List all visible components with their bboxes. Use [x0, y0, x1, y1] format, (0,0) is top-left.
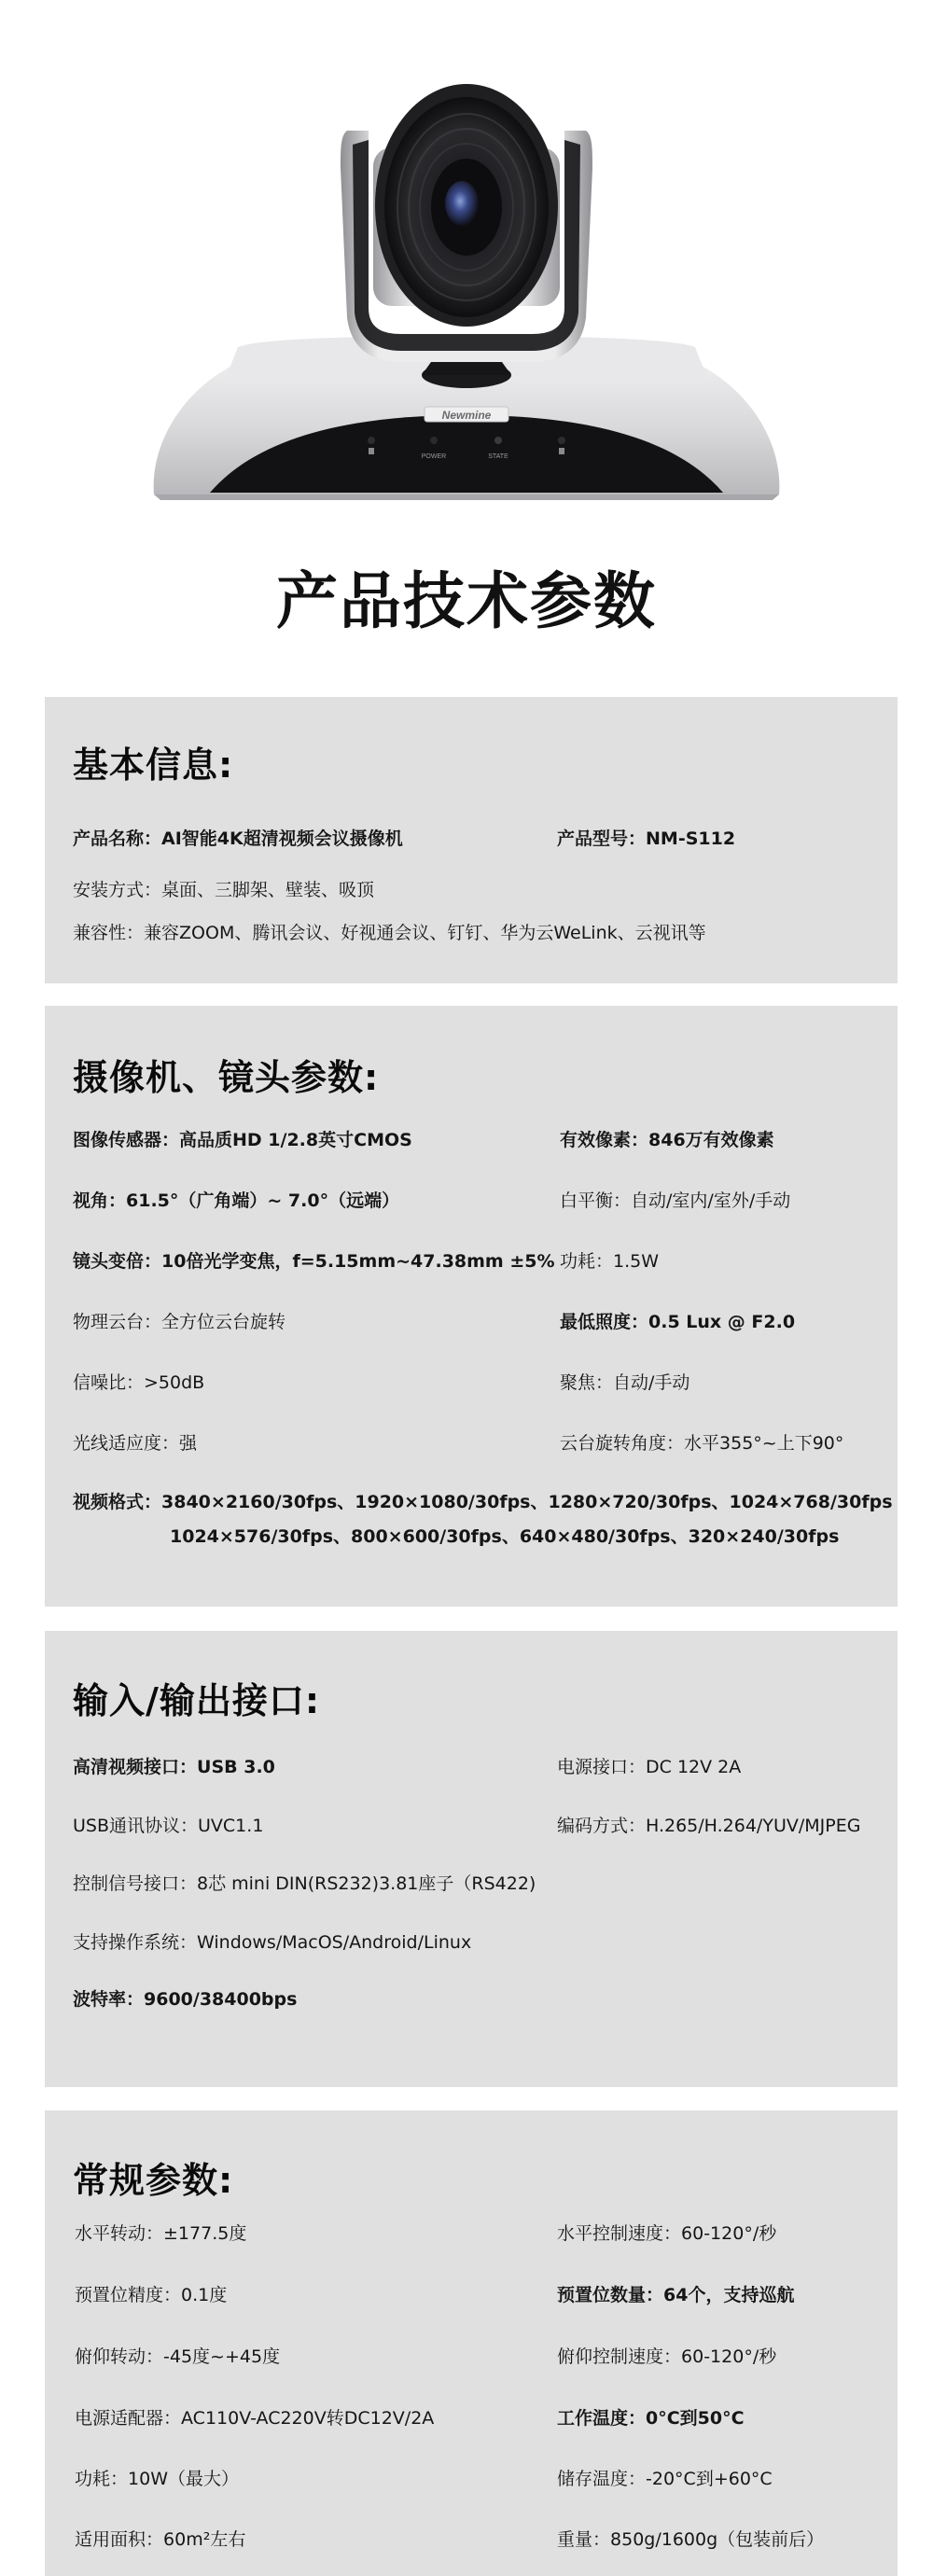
- spec-power: 功耗：10W（最大）: [75, 2468, 239, 2490]
- spec-encoding: 编码方式：H.265/H.264/YUV/MJPEG: [557, 1815, 860, 1837]
- spec-label: 白平衡：: [560, 1191, 631, 1211]
- spec-fov: 视角：61.5°（广角端）~ 7.0°（远端）: [73, 1190, 399, 1212]
- spec-label: 信噪比：: [73, 1372, 144, 1393]
- spec-label: 编码方式：: [557, 1816, 646, 1836]
- spec-label: 最低照度：: [560, 1312, 648, 1332]
- spec-label: 视频格式：: [73, 1492, 161, 1512]
- product-image: Newmine POWER STATE: [0, 0, 933, 522]
- spec-value: 桌面、三脚架、壁装、吸顶: [161, 880, 374, 900]
- spec-label: 支持操作系统：: [73, 1932, 197, 1953]
- spec-power-port: 电源接口：DC 12V 2A: [557, 1756, 741, 1778]
- spec-label: 图像传感器：: [73, 1130, 179, 1150]
- section-heading: 基本信息:: [73, 744, 233, 787]
- section-heading: 常规参数:: [73, 2159, 233, 2202]
- general-params-panel: 常规参数: 水平转动：±177.5度 水平控制速度：60-120°/秒 预置位精…: [45, 2110, 898, 2576]
- spec-tilt: 俯仰转动：-45度~+45度: [75, 2346, 280, 2368]
- spec-value: 60-120°/秒: [681, 2223, 776, 2244]
- spec-label: 预置位精度：: [75, 2285, 181, 2305]
- spec-snr: 信噪比：>50dB: [73, 1372, 204, 1394]
- section-heading: 输入/输出接口:: [73, 1679, 320, 1722]
- spec-value: -20°C到+60°C: [646, 2469, 773, 2489]
- spec-adapter: 电源适配器：AC110V-AC220V转DC12V/2A: [75, 2407, 434, 2430]
- spec-storage-temp: 储存温度：-20°C到+60°C: [557, 2468, 773, 2490]
- spec-min-illumination: 最低照度：0.5 Lux @ F2.0: [560, 1311, 795, 1333]
- spec-value: 0.1度: [181, 2285, 227, 2305]
- spec-label: 有效像素：: [560, 1130, 648, 1150]
- spec-zoom: 镜头变倍：10倍光学变焦，f=5.15mm~47.38mm ±5%: [73, 1250, 555, 1273]
- spec-area: 适用面积：60m²左右: [75, 2528, 245, 2551]
- spec-value: ±177.5度: [163, 2223, 246, 2244]
- spec-pan: 水平转动：±177.5度: [75, 2222, 246, 2245]
- spec-label: 功耗：: [560, 1251, 613, 1272]
- spec-label: 物理云台：: [73, 1312, 161, 1332]
- spec-label: 重量：: [557, 2529, 610, 2550]
- spec-value: 高品质HD 1/2.8英寸CMOS: [179, 1130, 412, 1150]
- spec-ptz: 物理云台：全方位云台旋转: [73, 1311, 285, 1333]
- spec-weight: 重量：850g/1600g（包装前后）: [557, 2528, 824, 2551]
- spec-label: 电源接口：: [557, 1757, 646, 1777]
- basic-info-panel: 基本信息: 产品名称：AI智能4K超清视频会议摄像机 产品型号：NM-S112 …: [45, 697, 898, 983]
- spec-value: 1.5W: [613, 1251, 659, 1272]
- spec-label: 工作温度：: [557, 2408, 646, 2429]
- spec-value: 兼容ZOOM、腾讯会议、好视通会议、钉钉、华为云WeLink、云视讯等: [144, 923, 706, 943]
- spec-value: 全方位云台旋转: [161, 1312, 285, 1332]
- spec-label: 储存温度：: [557, 2469, 646, 2489]
- spec-value: 850g/1600g（包装前后）: [610, 2529, 824, 2550]
- spec-value: AI智能4K超清视频会议摄像机: [161, 828, 403, 849]
- svg-text:Newmine: Newmine: [442, 409, 492, 422]
- spec-mounting: 安装方式：桌面、三脚架、壁装、吸顶: [73, 879, 374, 901]
- spec-value: 3840×2160/30fps、1920×1080/30fps、1280×720…: [161, 1492, 893, 1512]
- io-interfaces-panel: 输入/输出接口: 高清视频接口：USB 3.0 电源接口：DC 12V 2A U…: [45, 1631, 898, 2087]
- camera-illustration: Newmine POWER STATE: [0, 0, 933, 522]
- spec-usb-protocol: USB通讯协议：UVC1.1: [73, 1815, 263, 1837]
- spec-value: 0.5 Lux @ F2.0: [648, 1312, 795, 1332]
- spec-video-format-line2: 1024×576/30fps、800×600/30fps、640×480/30f…: [170, 1525, 839, 1548]
- spec-preset-count: 预置位数量：64个，支持巡航: [557, 2284, 794, 2306]
- spec-value: UVC1.1: [198, 1816, 263, 1836]
- spec-video-format: 视频格式：3840×2160/30fps、1920×1080/30fps、128…: [73, 1491, 893, 1513]
- spec-value: DC 12V 2A: [646, 1757, 741, 1777]
- page-title: 产品技术参数: [0, 564, 933, 639]
- spec-value: -45度~+45度: [163, 2346, 280, 2367]
- spec-label: 功耗：: [75, 2469, 128, 2489]
- spec-value: 60-120°/秒: [681, 2346, 776, 2367]
- spec-value: 60m²左右: [163, 2529, 245, 2550]
- spec-focus: 聚焦：自动/手动: [560, 1372, 689, 1394]
- spec-label: 俯仰转动：: [75, 2346, 163, 2367]
- spec-value: H.265/H.264/YUV/MJPEG: [646, 1816, 860, 1836]
- spec-value: 61.5°（广角端）~ 7.0°（远端）: [126, 1191, 399, 1211]
- spec-value: 10倍光学变焦，f=5.15mm~47.38mm ±5%: [161, 1251, 555, 1272]
- spec-label: 电源适配器：: [75, 2408, 181, 2429]
- spec-label: 镜头变倍：: [73, 1251, 161, 1272]
- spec-label: 光线适应度：: [73, 1433, 179, 1454]
- spec-value: 64个，支持巡航: [663, 2285, 794, 2305]
- spec-label: 安装方式：: [73, 880, 161, 900]
- spec-compatibility: 兼容性：兼容ZOOM、腾讯会议、好视通会议、钉钉、华为云WeLink、云视讯等: [73, 922, 706, 944]
- camera-lens-panel: 摄像机、镜头参数: 图像传感器：高品质HD 1/2.8英寸CMOS 有效像素：8…: [45, 1006, 898, 1607]
- spec-label: 水平控制速度：: [557, 2223, 681, 2244]
- spec-value: AC110V-AC220V转DC12V/2A: [181, 2408, 434, 2429]
- spec-value: 846万有效像素: [648, 1130, 774, 1150]
- svg-text:POWER: POWER: [422, 453, 446, 460]
- spec-label: 产品名称：: [73, 828, 161, 849]
- spec-os: 支持操作系统：Windows/MacOS/Android/Linux: [73, 1931, 471, 1954]
- spec-control: 控制信号接口：8芯 mini DIN(RS232)3.81座子（RS422): [73, 1873, 536, 1895]
- section-heading: 摄像机、镜头参数:: [73, 1056, 379, 1099]
- spec-model: 产品型号：NM-S112: [557, 828, 735, 850]
- spec-work-temp: 工作温度：0°C到50°C: [557, 2407, 745, 2430]
- spec-label: 波特率：: [73, 1989, 144, 2010]
- spec-baud: 波特率：9600/38400bps: [73, 1988, 297, 2011]
- spec-label: 适用面积：: [75, 2529, 163, 2550]
- spec-label: 视角：: [73, 1191, 126, 1211]
- spec-value: 自动/手动: [613, 1372, 689, 1393]
- spec-power: 功耗：1.5W: [560, 1250, 659, 1273]
- spec-label: 云台旋转角度：: [560, 1433, 684, 1454]
- spec-label: 高清视频接口：: [73, 1757, 197, 1777]
- spec-hd-video: 高清视频接口：USB 3.0: [73, 1756, 275, 1778]
- spec-white-balance: 白平衡：自动/室内/室外/手动: [560, 1190, 790, 1212]
- spec-value: 9600/38400bps: [144, 1989, 297, 2010]
- spec-sensor: 图像传感器：高品质HD 1/2.8英寸CMOS: [73, 1129, 412, 1151]
- spec-product-name: 产品名称：AI智能4K超清视频会议摄像机: [73, 828, 403, 850]
- svg-text:STATE: STATE: [488, 453, 508, 460]
- spec-preset-precision: 预置位精度：0.1度: [75, 2284, 227, 2306]
- spec-value: 自动/室内/室外/手动: [631, 1191, 790, 1211]
- spec-value: USB 3.0: [197, 1757, 275, 1777]
- spec-value: 0°C到50°C: [646, 2408, 745, 2429]
- spec-light-adapt: 光线适应度：强: [73, 1432, 197, 1455]
- spec-label: 兼容性：: [73, 923, 144, 943]
- spec-value: NM-S112: [646, 828, 735, 849]
- spec-label: USB通讯协议：: [73, 1816, 198, 1836]
- spec-label: 俯仰控制速度：: [557, 2346, 681, 2367]
- spec-label: 预置位数量：: [557, 2285, 663, 2305]
- spec-value: 10W（最大）: [128, 2469, 239, 2489]
- spec-label: 水平转动：: [75, 2223, 163, 2244]
- spec-ptz-angle: 云台旋转角度：水平355°~上下90°: [560, 1432, 843, 1455]
- spec-label: 控制信号接口：: [73, 1873, 197, 1894]
- spec-label: 聚焦：: [560, 1372, 613, 1393]
- spec-value: Windows/MacOS/Android/Linux: [197, 1932, 471, 1953]
- spec-pixels: 有效像素：846万有效像素: [560, 1129, 774, 1151]
- spec-label: 产品型号：: [557, 828, 646, 849]
- spec-value: 8芯 mini DIN(RS232)3.81座子（RS422): [197, 1873, 536, 1894]
- spec-tilt-speed: 俯仰控制速度：60-120°/秒: [557, 2346, 776, 2368]
- spec-value: 水平355°~上下90°: [684, 1433, 843, 1454]
- spec-pan-speed: 水平控制速度：60-120°/秒: [557, 2222, 776, 2245]
- spec-value: >50dB: [144, 1372, 204, 1393]
- spec-value: 强: [179, 1433, 197, 1454]
